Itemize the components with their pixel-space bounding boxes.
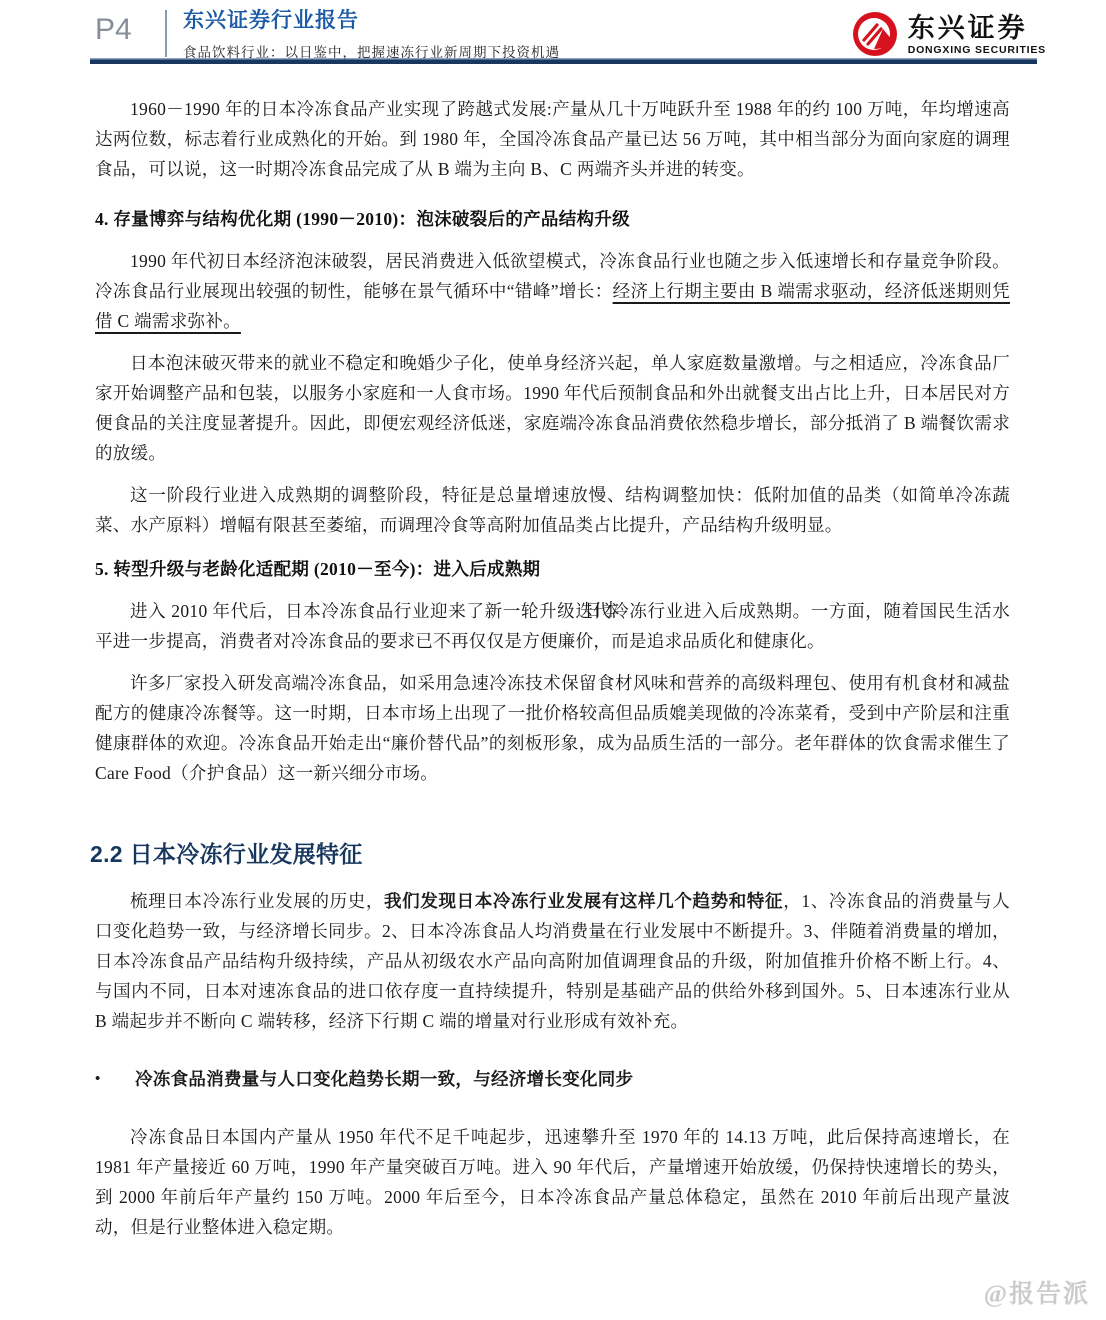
bold-key-finding: 我们发现日本冷冻行业发展有这样几个趋势和特征: [384, 891, 783, 911]
logo-en-text: DONGXING SECURITIES: [908, 44, 1046, 56]
bullet-icon: •: [95, 1064, 135, 1094]
paragraph-2010s: 进入 2010 年代后，日本冷冻食品行业迎来了新一轮升级迭代日本冷冻行业进入后成…: [95, 596, 1010, 656]
logo-text: 东兴证券 DONGXING SECURITIES: [908, 13, 1046, 56]
logo-cn-text: 东兴证券: [908, 13, 1046, 43]
page-header: P4 东兴证券行业报告 食品饮料行业：以日鉴中，把握速冻行业新周期下投资机遇 东: [0, 0, 1106, 58]
section-heading-2-2: 2.2 日本冷冻行业发展特征: [90, 838, 1010, 870]
paragraph-1960-1990: 1960－1990 年的日本冷冻食品产业实现了跨越式发展:产量从几十万吨跃升至 …: [95, 94, 1010, 184]
dongxing-logo: 东兴证券 DONGXING SECURITIES: [851, 10, 1046, 58]
paragraph-production-history: 冷冻食品日本国内产量从 1950 年代不足千吨起步，迅速攀升至 1970 年的 …: [95, 1122, 1010, 1242]
header-divider: [165, 10, 167, 57]
paragraph-text: 梳理日本冷冻行业发展的历史，: [130, 891, 384, 911]
paragraph-development-features: 梳理日本冷冻行业发展的历史，我们发现日本冷冻行业发展有这样几个趋势和特征，1、冷…: [95, 886, 1010, 1036]
paragraph-structure-adjust: 这一阶段行业进入成熟期的调整阶段，特征是总量增速放慢、结构调整加快：低附加值的品…: [95, 480, 1010, 540]
page-number: P4: [95, 8, 147, 52]
heading-stage-5: 5. 转型升级与老龄化适配期 (2010－至今)：进入后成熟期: [95, 554, 1010, 584]
watermark: @报告派: [984, 1274, 1090, 1310]
overlapped-text: 迭代日本: [575, 596, 611, 626]
paragraph-text: 进入 2010 年代后，日本冷冻食品行业迎来了新一轮升级: [130, 601, 575, 621]
dongxing-logo-icon: [851, 10, 899, 58]
report-page: P4 东兴证券行业报告 食品饮料行业：以日鉴中，把握速冻行业新周期下投资机遇 东: [0, 0, 1106, 1242]
bullet-item: • 冷冻食品消费量与人口变化趋势长期一致，与经济增长变化同步: [95, 1064, 1010, 1094]
report-body: 1960－1990 年的日本冷冻食品产业实现了跨越式发展:产量从几十万吨跃升至 …: [0, 64, 1106, 1242]
bullet-text: 冷冻食品消费量与人口变化趋势长期一致，与经济增长变化同步: [135, 1064, 1010, 1094]
paragraph-1990-bubble: 1990 年代初日本经济泡沫破裂，居民消费进入低欲望模式，冷冻食品行业也随之步入…: [95, 246, 1010, 336]
header-titles: 东兴证券行业报告 食品饮料行业：以日鉴中，把握速冻行业新周期下投资机遇: [183, 8, 851, 61]
heading-stage-4: 4. 存量博弈与结构优化期 (1990－2010)：泡沫破裂后的产品结构升级: [95, 204, 1010, 234]
paragraph-text: ，1、冷冻食品的消费量与人口变化趋势一致，与经济增长同步。2、日本冷冻食品人均消…: [95, 891, 1010, 1031]
overlap-ghost-text: 日本: [584, 595, 620, 625]
report-subtitle: 食品饮料行业：以日鉴中，把握速冻行业新周期下投资机遇: [183, 41, 851, 61]
paragraph-single-economy: 日本泡沫破灭带来的就业不稳定和晚婚少子化，使单身经济兴起，单人家庭数量激增。与之…: [95, 348, 1010, 468]
report-title: 东兴证券行业报告: [183, 8, 851, 34]
paragraph-premium-foods: 许多厂家投入研发高端冷冻食品，如采用急速冷冻技术保留食材风味和营养的高级料理包、…: [95, 668, 1010, 788]
